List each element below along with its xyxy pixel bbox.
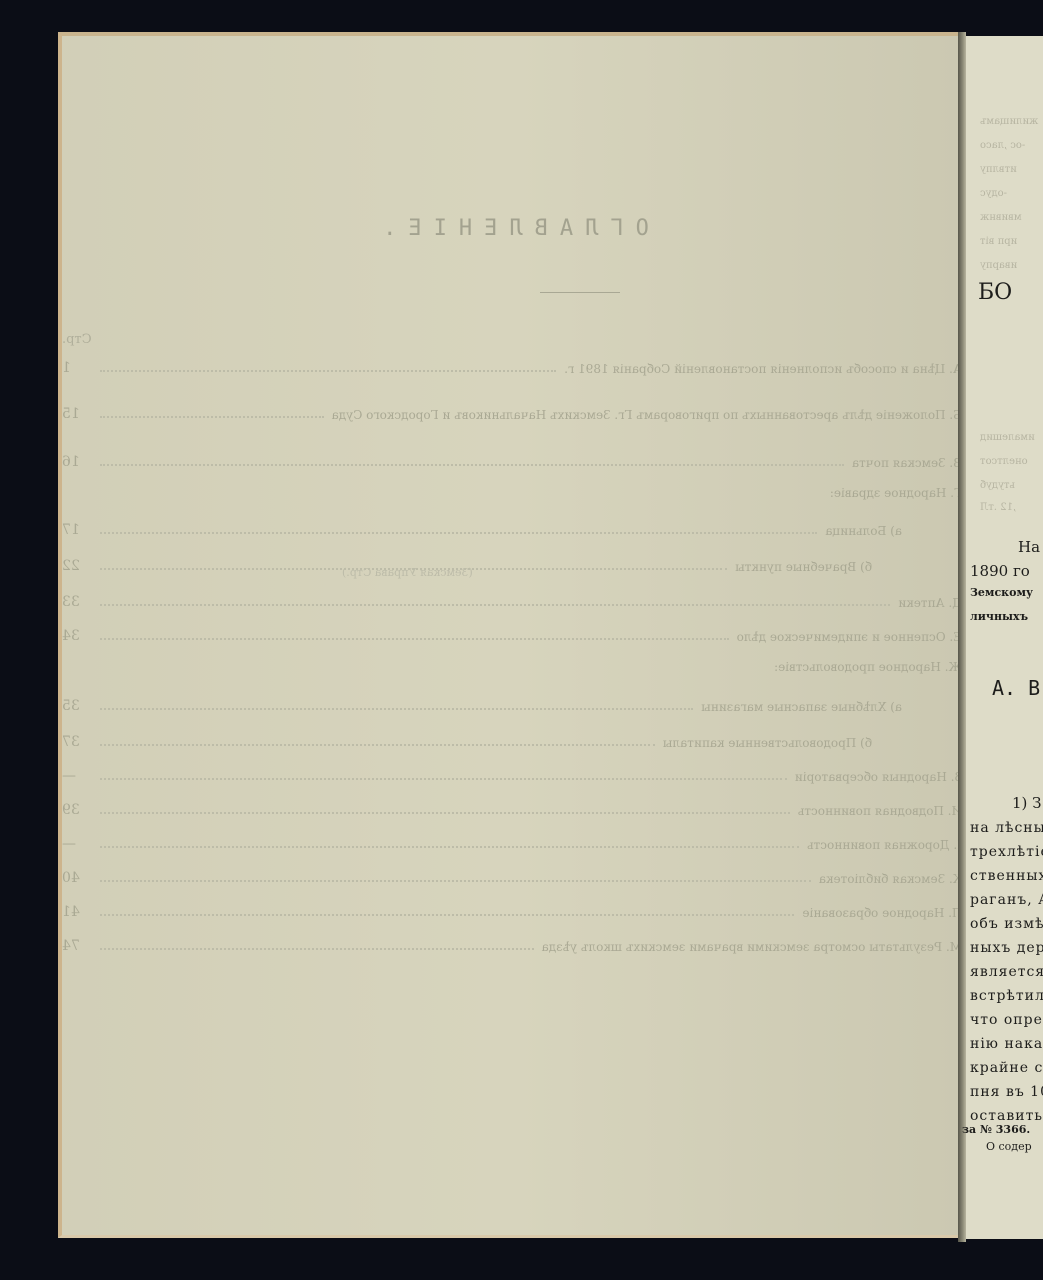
body-line: оставить б [970, 1108, 1043, 1124]
bleed-line: -одус [980, 188, 1007, 199]
toc-entry: а) Хлѣбные запасные магазины35 [62, 698, 902, 714]
body-line: встрѣтило [970, 988, 1043, 1004]
toc-entry: А. Цѣна и способъ исполненія постановлен… [62, 360, 962, 376]
body-line: что опред [970, 1012, 1043, 1028]
toc-title-mirrored: ОГЛАВЛЕНІЕ. [62, 216, 958, 241]
left-page: ОГЛАВЛЕНІЕ. Стр. А. Цѣна и способъ испол… [58, 32, 958, 1238]
footnote-line: О содер [986, 1140, 1032, 1153]
section-heading: А. В [992, 676, 1040, 700]
toc-entry: И. Подводная повинность39 [62, 802, 962, 818]
paragraph-line: личныхъ [970, 610, 1028, 623]
body-line: ственныхъ [970, 868, 1043, 884]
bleed-line: онелтсот [980, 456, 1028, 467]
paragraph-line: Земскому [970, 586, 1033, 599]
toc-entry: М. Результаты осмотра земскими врачами з… [62, 938, 962, 954]
bleed-line: -ос ,ласо [980, 140, 1025, 151]
body-line: раганъ, А [970, 892, 1043, 908]
heading-fragment: БО [978, 280, 1012, 305]
toc-entry: З. Народныя обсерваторіи— [62, 768, 962, 784]
body-line: ныхъ дере [970, 940, 1043, 956]
bleed-line: иварпу [980, 260, 1017, 271]
toc-entry: б) Продовольственные капиталы37 [62, 734, 872, 750]
bleed-line: мвивнж [980, 212, 1022, 223]
bleed-line: итвлпу [980, 164, 1017, 175]
body-line: на лѣсные [970, 820, 1043, 836]
toc-entry: Г. Народное здравіе: [62, 486, 962, 500]
toc-list-mirrored: Стр. А. Цѣна и способъ исполненія постан… [62, 326, 962, 1026]
bleed-line: жилищамъ [980, 116, 1038, 127]
toc-entry: Б. Положеніе дѣлъ арестованныхъ по приго… [62, 406, 962, 422]
toc-entry: а) Больница17 [62, 522, 902, 538]
toc-entry: Л. Народное образованіе41 [62, 904, 962, 920]
body-line: трехлѣтіе. [970, 844, 1043, 860]
footnote-reference: за № 3366. [962, 1123, 1030, 1136]
paragraph-line: 1890 го [970, 562, 1030, 580]
bleed-line: ,12 .тЛ [980, 502, 1016, 513]
bleed-line: ималешид [980, 432, 1035, 443]
toc-entry: В. Земская почта16 [62, 454, 962, 470]
body-line: 1) З [1012, 794, 1042, 812]
toc-entry: Е. Оспенное и эпидемическое дѣло34 [62, 628, 962, 644]
toc-page-header: Стр. [62, 332, 92, 347]
bleed-stamp: (Земская Управа Стр.) [342, 566, 473, 579]
toc-entry: К. Земская библіотека40 [62, 870, 962, 886]
toc-entry: Д. Аптеки33 [62, 594, 962, 610]
bleed-line: ьтудуб [980, 480, 1015, 491]
book-gutter [958, 32, 966, 1242]
paragraph-line: На [1018, 538, 1040, 556]
right-page: жилищамъ -ос ,ласо итвлпу -одус мвивнж и… [966, 36, 1043, 1239]
body-line: нію нака [970, 1036, 1043, 1052]
body-line: объ измѣн [970, 916, 1043, 932]
bleed-line: ирп віт [980, 236, 1017, 247]
toc-entry: І. Дорожная повинность— [62, 836, 962, 852]
toc-entry: Ж. Народное продовольствіе: [62, 660, 962, 674]
body-line: крайне сб [970, 1060, 1043, 1076]
title-rule [540, 292, 620, 293]
body-line: является [970, 964, 1043, 980]
body-line: пня въ 10 [970, 1084, 1043, 1100]
